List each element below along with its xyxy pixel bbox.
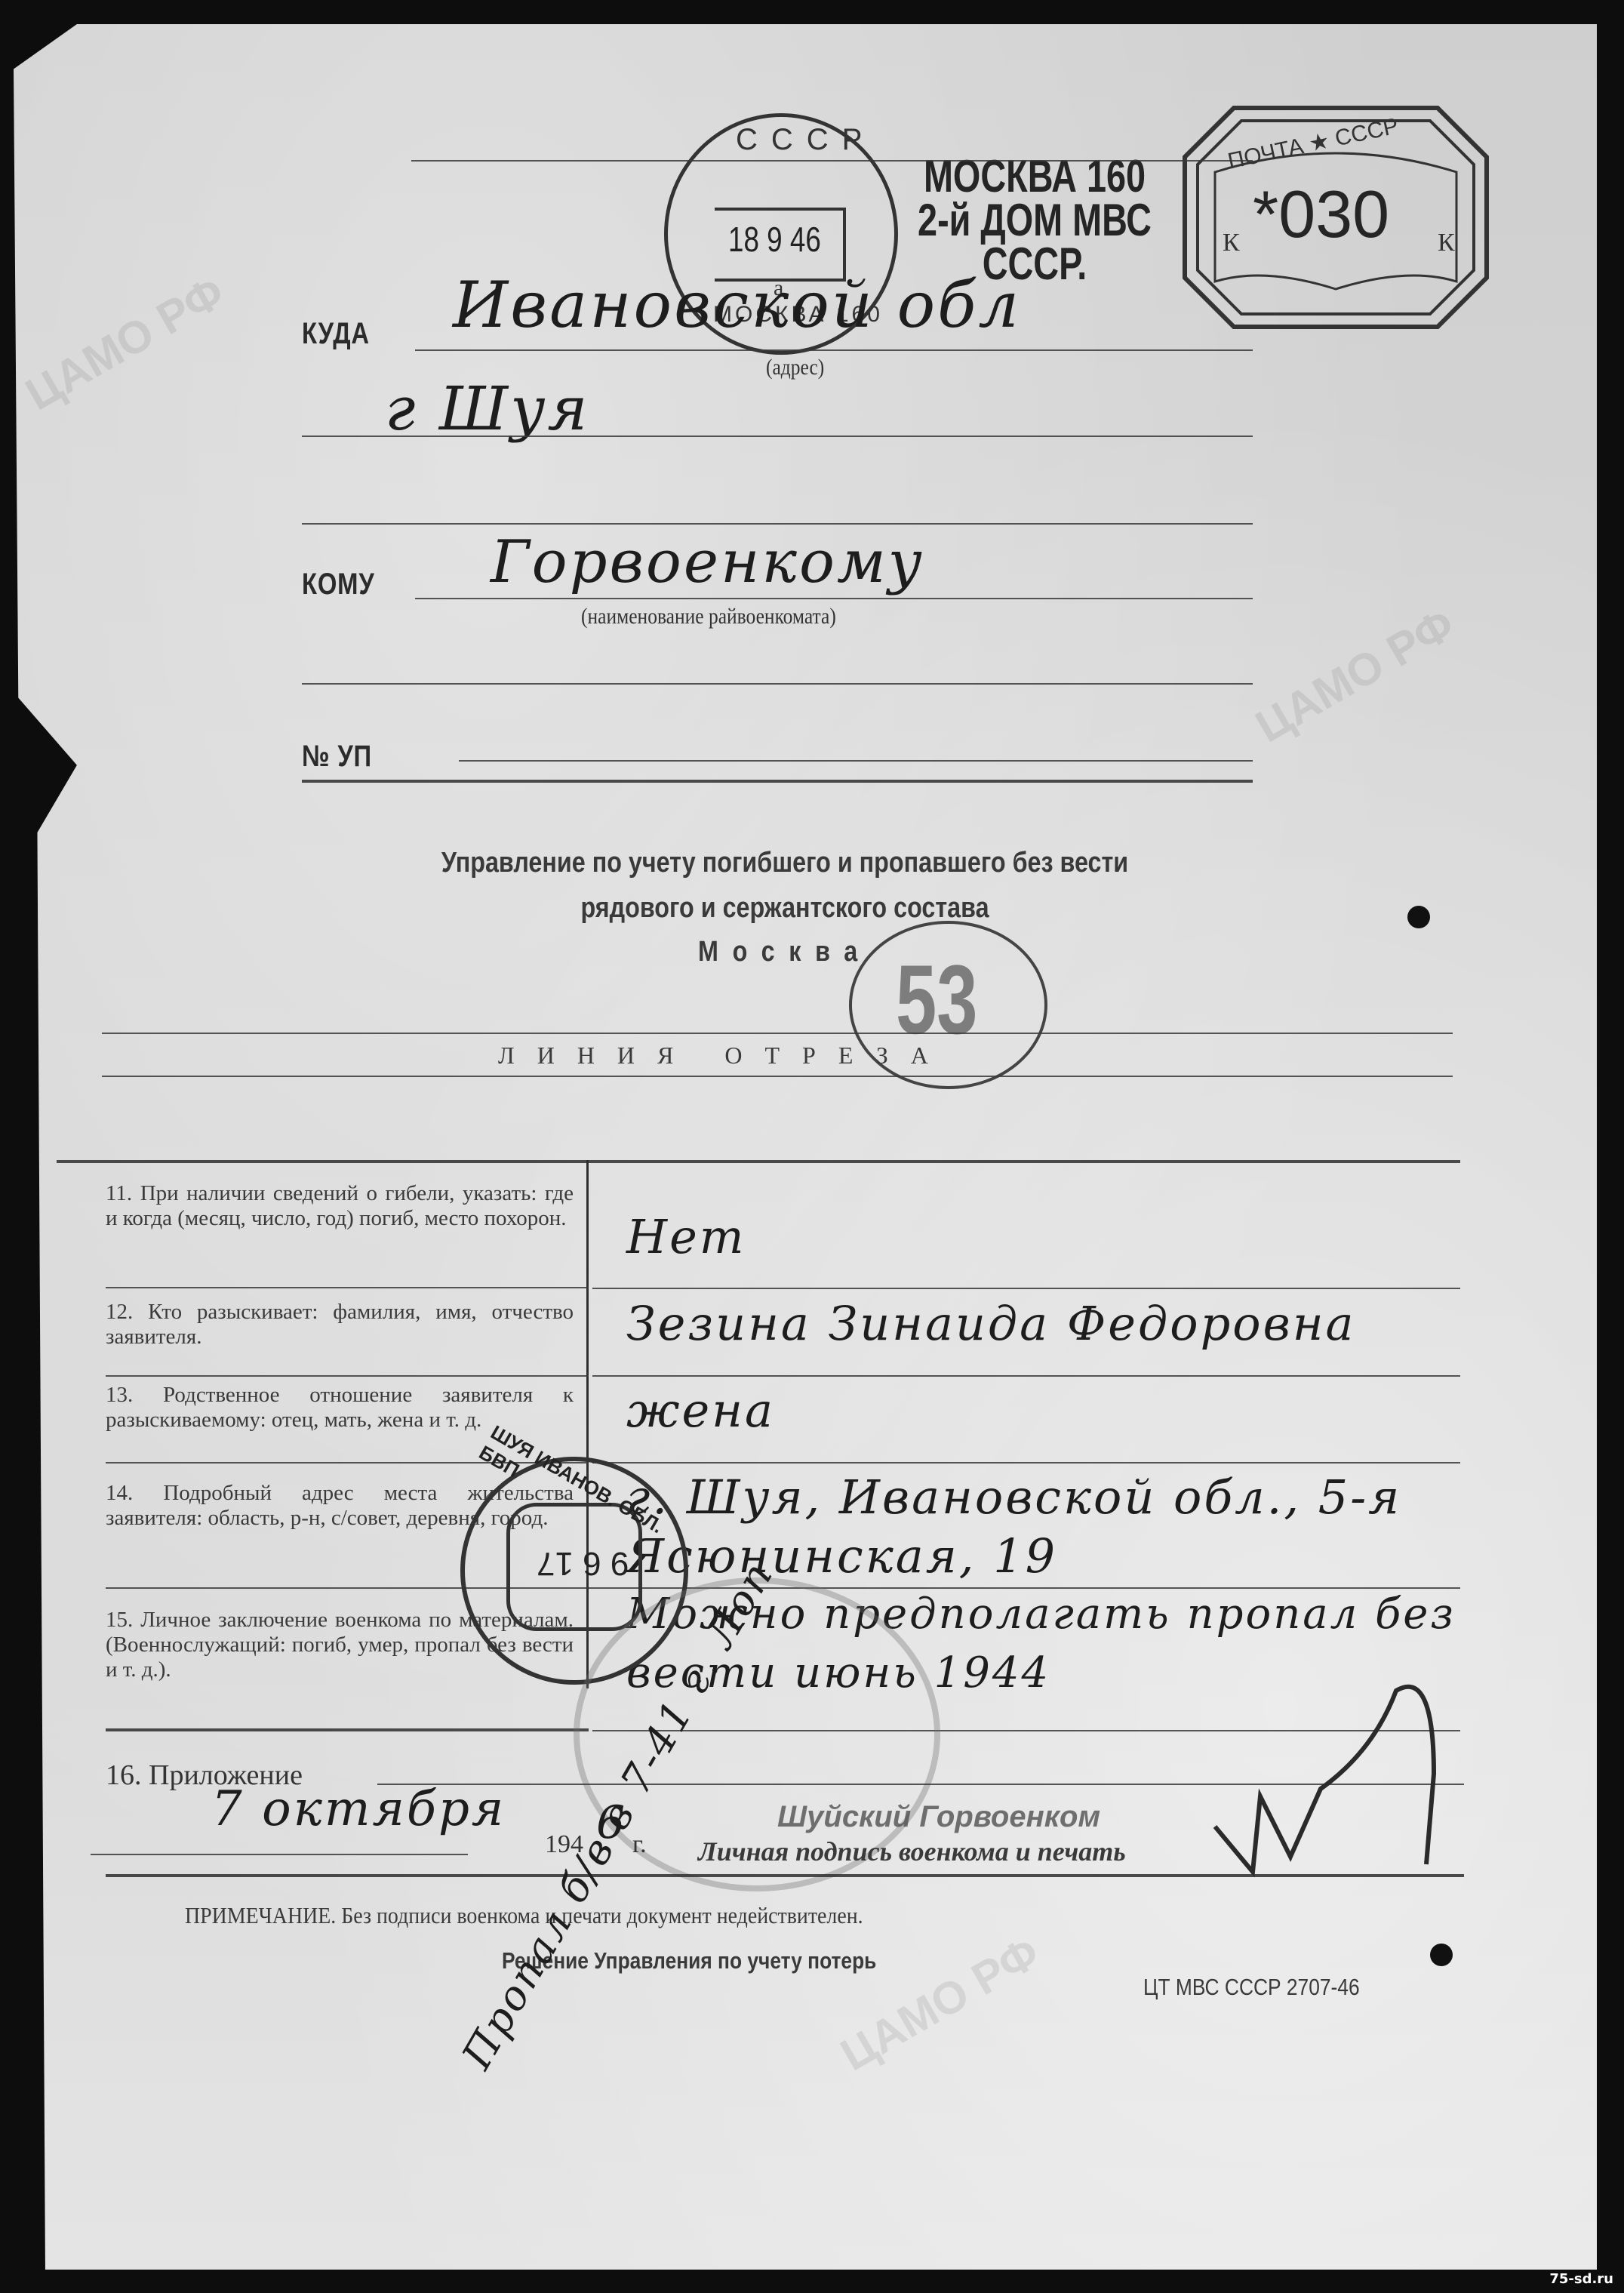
round-stamp-date: 9 6 17 (537, 1544, 629, 1582)
row-answer: Зезина Зинаида Федоровна (626, 1294, 1456, 1353)
post-office-line: 2-й ДОМ МВС (917, 199, 1152, 242)
note: ПРИМЕЧАНИЕ. Без подписи военкома и печат… (185, 1902, 863, 1929)
kuda-label: КУДА (302, 317, 370, 351)
authority-line3: Москва (361, 936, 1208, 968)
appendix-date: 7 октября (211, 1781, 506, 1837)
up-label: № УП (302, 740, 372, 774)
signature-mark (1207, 1661, 1509, 1887)
postmark-ring-top: СССР (736, 123, 875, 157)
komu-caption: (наименование райвоенкомата) (581, 604, 836, 629)
postage-value: *030 (1253, 176, 1389, 253)
row-number: 12. (106, 1300, 133, 1324)
row-answer: жена (626, 1381, 1456, 1440)
row-number: 14. (106, 1481, 133, 1505)
row-answer: Нет (626, 1208, 1456, 1267)
row-question: Кто разыскивает: фамилия, имя, отчество … (106, 1300, 574, 1349)
table-row: 12. Кто разыскивает: фамилия, имя, отчес… (106, 1300, 574, 1350)
kuda-value-line2: г Шуя (385, 374, 590, 444)
komu-label: КОМУ (302, 568, 375, 602)
authority-block: Управление по учету погибшего и пропавше… (287, 847, 1283, 998)
row-question: При наличии сведений о гибели, указать: … (106, 1181, 574, 1230)
postage-k-right: К (1438, 229, 1455, 257)
department-stamp-number: 53 (896, 943, 977, 1056)
postage-k-left: К (1223, 229, 1240, 257)
authority-line1: Управление по учету погибшего и пропавше… (361, 847, 1208, 879)
authority-line2: рядового и сержантского состава (361, 892, 1208, 925)
paper-hole (1430, 1944, 1453, 1966)
kuda-caption: (адрес) (766, 355, 824, 380)
row-number: 15. (106, 1608, 133, 1632)
signature-caption: Личная подпись военкома и печать (698, 1836, 1126, 1867)
cut-line-label: ЛИНИЯ ОТРЕЗА (498, 1042, 951, 1070)
commissariat-stamp: Шуйский Горвоенком (777, 1800, 1100, 1834)
appendix-year-end: г. (632, 1830, 647, 1859)
komu-value: Горвоенкому (491, 528, 924, 596)
kuda-value-line1: Ивановской обл (453, 268, 1021, 342)
print-code: ЦТ МВС СССР 2707-46 (1143, 1974, 1360, 2001)
table-row: 11. При наличии сведений о гибели, указа… (106, 1181, 574, 1231)
site-label: 75-sd.ru (1549, 2271, 1613, 2287)
paper-hole (1407, 906, 1430, 928)
row-number: 11. (106, 1181, 132, 1205)
post-office-stamp: МОСКВА 160 2-й ДОМ МВС СССР. (917, 155, 1152, 286)
row-number: 13. (106, 1383, 133, 1407)
postage-stamp: ПОЧТА ★ СССР *030 К К (1181, 104, 1490, 331)
postmark-date: 18 9 46 (728, 219, 821, 260)
